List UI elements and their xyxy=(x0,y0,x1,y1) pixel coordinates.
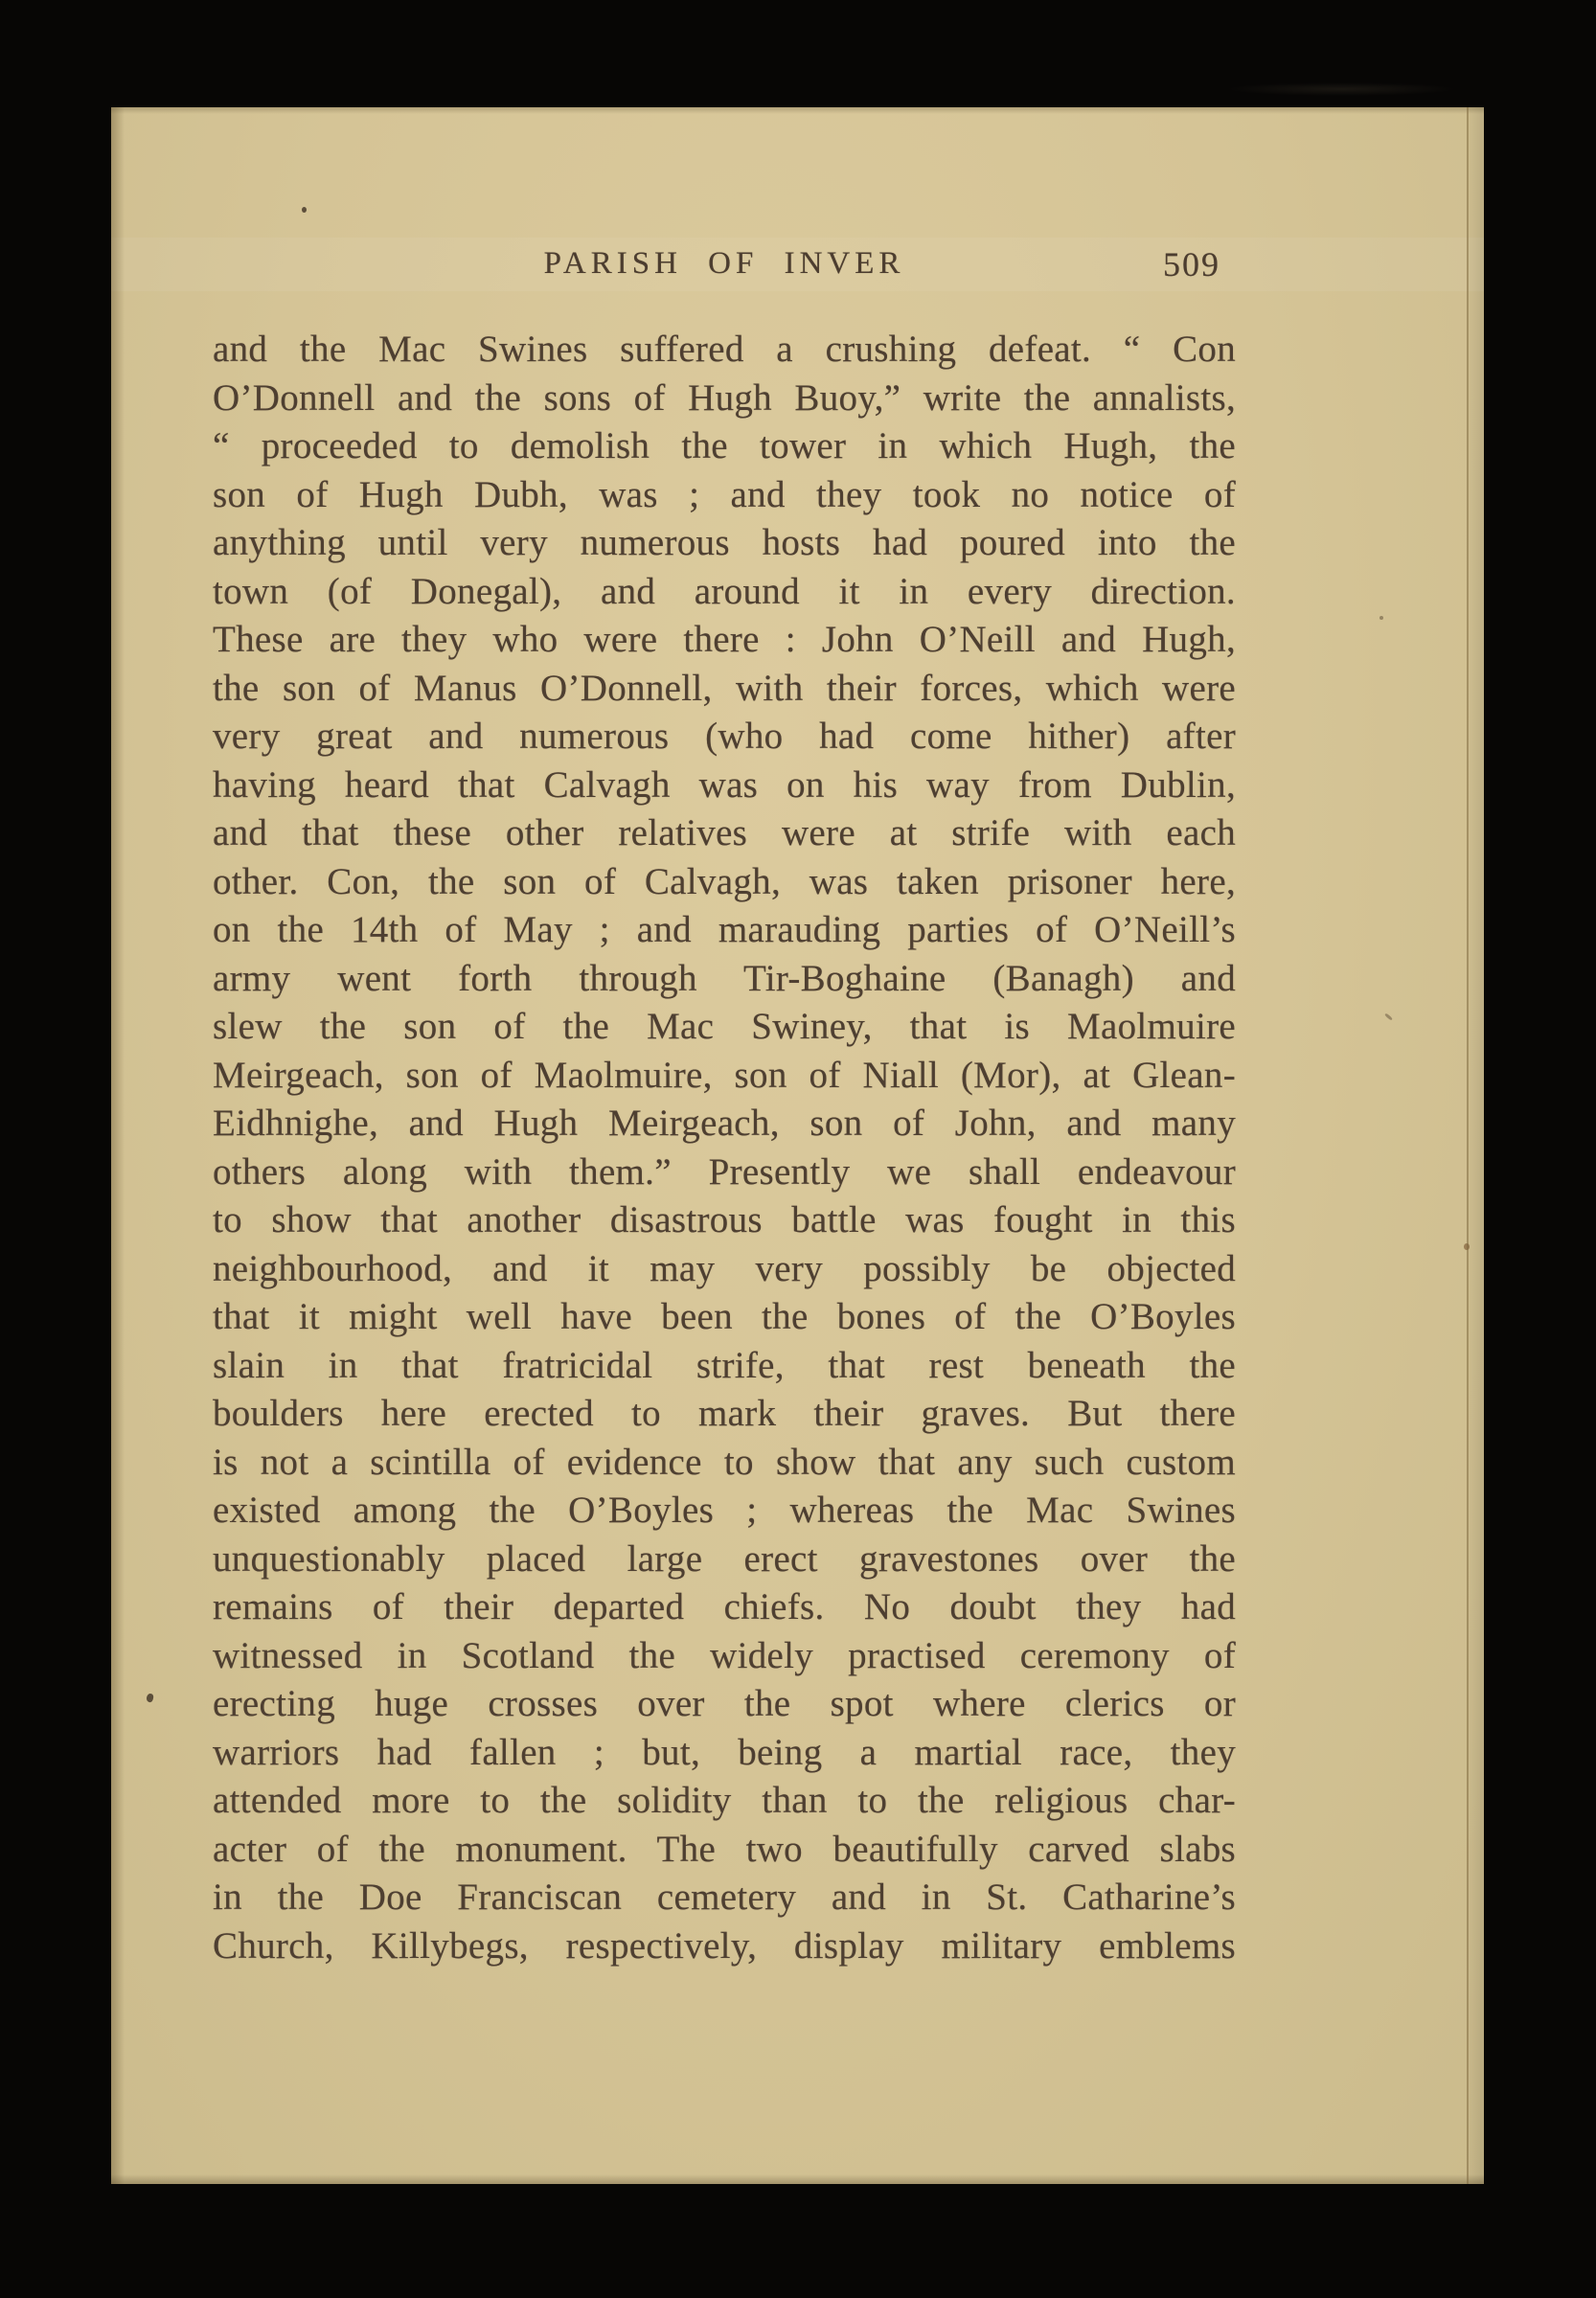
text-line: Church, Killybegs, respectively, display… xyxy=(213,1923,1236,1971)
text-line: warriors had fallen ; but, being a marti… xyxy=(213,1729,1236,1778)
running-header: PARISH OF INVER 509 xyxy=(213,241,1236,285)
text-line: army went forth through Tir-Boghaine (Ba… xyxy=(213,955,1236,1004)
scanned-book-screenshot: { "colors": { "backdrop": "#070605", "pa… xyxy=(0,0,1596,2298)
page-number: 509 xyxy=(1163,242,1220,286)
text-line: O’Donnell and the sons of Hugh Buoy,” wr… xyxy=(213,375,1236,423)
page-edge-right xyxy=(1469,107,1484,2184)
text-line: attended more to the solidity than to th… xyxy=(213,1777,1236,1826)
scan-smudge xyxy=(1226,82,1456,96)
text-line: unquestionably placed large erect graves… xyxy=(213,1536,1236,1584)
ink-speck xyxy=(1379,616,1383,620)
text-line: and the Mac Swines suffered a crushing d… xyxy=(213,326,1236,375)
text-line: boulders here erected to mark their grav… xyxy=(213,1390,1236,1439)
text-line: to show that another disastrous battle w… xyxy=(213,1196,1236,1245)
text-line: slew the son of the Mac Swiney, that is … xyxy=(213,1003,1236,1052)
running-header-title: PARISH OF INVER xyxy=(213,241,1236,285)
text-line: is not a scintilla of evidence to show t… xyxy=(213,1439,1236,1488)
page-edge-left xyxy=(111,107,125,2184)
text-line: existed among the O’Boyles ; whereas the… xyxy=(213,1487,1236,1536)
text-line: other. Con, the son of Calvagh, was take… xyxy=(213,858,1236,907)
text-line: anything until very numerous hosts had p… xyxy=(213,519,1236,568)
ink-speck xyxy=(302,207,307,213)
scan-backdrop: PARISH OF INVER 509 and the Mac Swines s… xyxy=(0,0,1596,2298)
text-line: and that these other relatives were at s… xyxy=(213,809,1236,858)
text-line: having heard that Calvagh was on his way… xyxy=(213,762,1236,810)
text-line: son of Hugh Dubh, was ; and they took no… xyxy=(213,471,1236,520)
text-line: slain in that fratricidal strife, that r… xyxy=(213,1342,1236,1391)
ink-speck xyxy=(1384,1012,1393,1020)
text-line: very great and numerous (who had come hi… xyxy=(213,713,1236,762)
text-line: erecting huge crosses over the spot wher… xyxy=(213,1680,1236,1729)
book-page: PARISH OF INVER 509 and the Mac Swines s… xyxy=(111,107,1484,2184)
page-text-block: and the Mac Swines suffered a crushing d… xyxy=(213,326,1236,1970)
text-line: in the Doe Franciscan cemetery and in St… xyxy=(213,1874,1236,1923)
text-line: witnessed in Scotland the widely practis… xyxy=(213,1632,1236,1681)
text-line: remains of their departed chiefs. No dou… xyxy=(213,1583,1236,1632)
text-line: others along with them.” Presently we sh… xyxy=(213,1149,1236,1197)
page-edge-bottom xyxy=(111,2174,1484,2184)
text-line: “ proceeded to demolish the tower in whi… xyxy=(213,422,1236,471)
text-line: neighbourhood, and it may very possibly … xyxy=(213,1245,1236,1294)
text-line: the son of Manus O’Donnell, with their f… xyxy=(213,665,1236,714)
text-line: These are they who were there : John O’N… xyxy=(213,616,1236,665)
text-line: town (of Donegal), and around it in ever… xyxy=(213,568,1236,617)
text-line: on the 14th of May ; and marauding parti… xyxy=(213,906,1236,955)
text-line: acter of the monument. The two beautiful… xyxy=(213,1826,1236,1875)
text-line: that it might well have been the bones o… xyxy=(213,1293,1236,1342)
page-edge-top xyxy=(111,107,1484,114)
text-line: Meirgeach, son of Maolmuire, son of Nial… xyxy=(213,1052,1236,1101)
ink-speck xyxy=(146,1693,154,1703)
text-line: Eidhnighe, and Hugh Meirgeach, son of Jo… xyxy=(213,1100,1236,1149)
